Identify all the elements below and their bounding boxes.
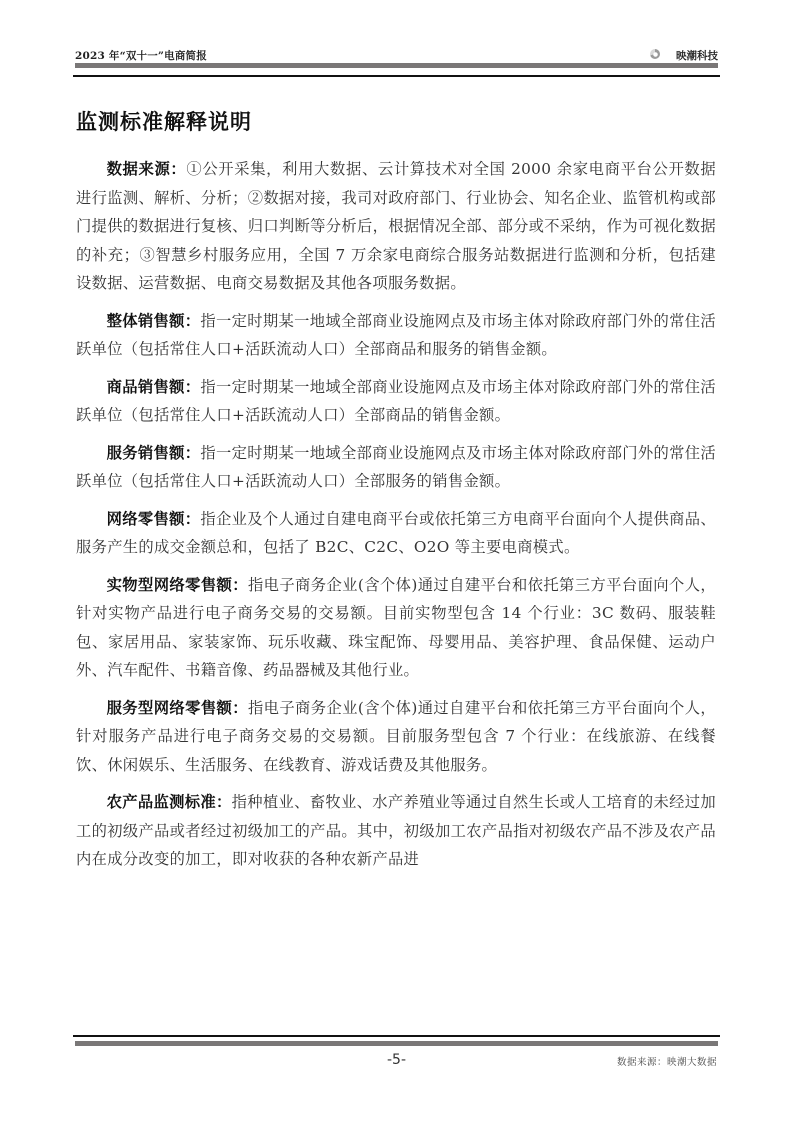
page-header: 2023 年“双十一”电商简报 映潮科技 bbox=[75, 48, 718, 62]
term-label: 整体销售额： bbox=[107, 312, 201, 330]
term-label: 服务型网络零售额： bbox=[107, 699, 248, 717]
paragraph-agricultural-standard: 农产品监测标准：指种植业、畜牧业、水产养殖业等通过自然生长或人工培育的未经过加工… bbox=[76, 788, 716, 874]
page-title: 监测标准解释说明 bbox=[76, 106, 716, 136]
term-definition: ①公开采集，利用大数据、云计算技术对全国 2000 余家电商平台公开数据进行监测… bbox=[76, 160, 716, 292]
term-label: 数据来源： bbox=[107, 160, 187, 178]
term-label: 实物型网络零售额： bbox=[107, 576, 248, 594]
company-logo-icon bbox=[650, 49, 660, 59]
paragraph-data-source: 数据来源：①公开采集，利用大数据、云计算技术对全国 2000 余家电商平台公开数… bbox=[76, 155, 716, 298]
term-label: 农产品监测标准： bbox=[107, 793, 232, 811]
term-label: 服务销售额： bbox=[107, 444, 201, 462]
paragraph-goods-sales: 商品销售额：指一定时期某一地域全部商业设施网点及市场主体对除政府部门外的常住活跃… bbox=[76, 373, 716, 430]
header-divider bbox=[73, 75, 720, 77]
term-label: 商品销售额： bbox=[107, 378, 201, 396]
data-source-note: 数据来源：映潮大数据 bbox=[617, 1054, 717, 1068]
footer-gray-bar bbox=[75, 1041, 718, 1046]
footer-divider bbox=[73, 1035, 720, 1037]
paragraph-physical-online-retail: 实物型网络零售额：指电子商务企业(含个体)通过自建平台和依托第三方平台面向个人，… bbox=[76, 571, 716, 685]
report-title: 2023 年“双十一”电商简报 bbox=[75, 48, 207, 63]
company-name: 映潮科技 bbox=[676, 48, 718, 63]
page-content: 监测标准解释说明 数据来源：①公开采集，利用大数据、云计算技术对全国 2000 … bbox=[76, 106, 716, 883]
paragraph-service-sales: 服务销售额：指一定时期某一地域全部商业设施网点及市场主体对除政府部门外的常住活跃… bbox=[76, 439, 716, 496]
header-gray-bar bbox=[75, 63, 718, 68]
term-label: 网络零售额： bbox=[107, 510, 201, 528]
paragraph-total-sales: 整体销售额：指一定时期某一地域全部商业设施网点及市场主体对除政府部门外的常住活跃… bbox=[76, 307, 716, 364]
paragraph-service-online-retail: 服务型网络零售额：指电子商务企业(含个体)通过自建平台和依托第三方平台面向个人，… bbox=[76, 694, 716, 780]
paragraph-online-retail: 网络零售额：指企业及个人通过自建电商平台或依托第三方电商平台面向个人提供商品、服… bbox=[76, 505, 716, 562]
